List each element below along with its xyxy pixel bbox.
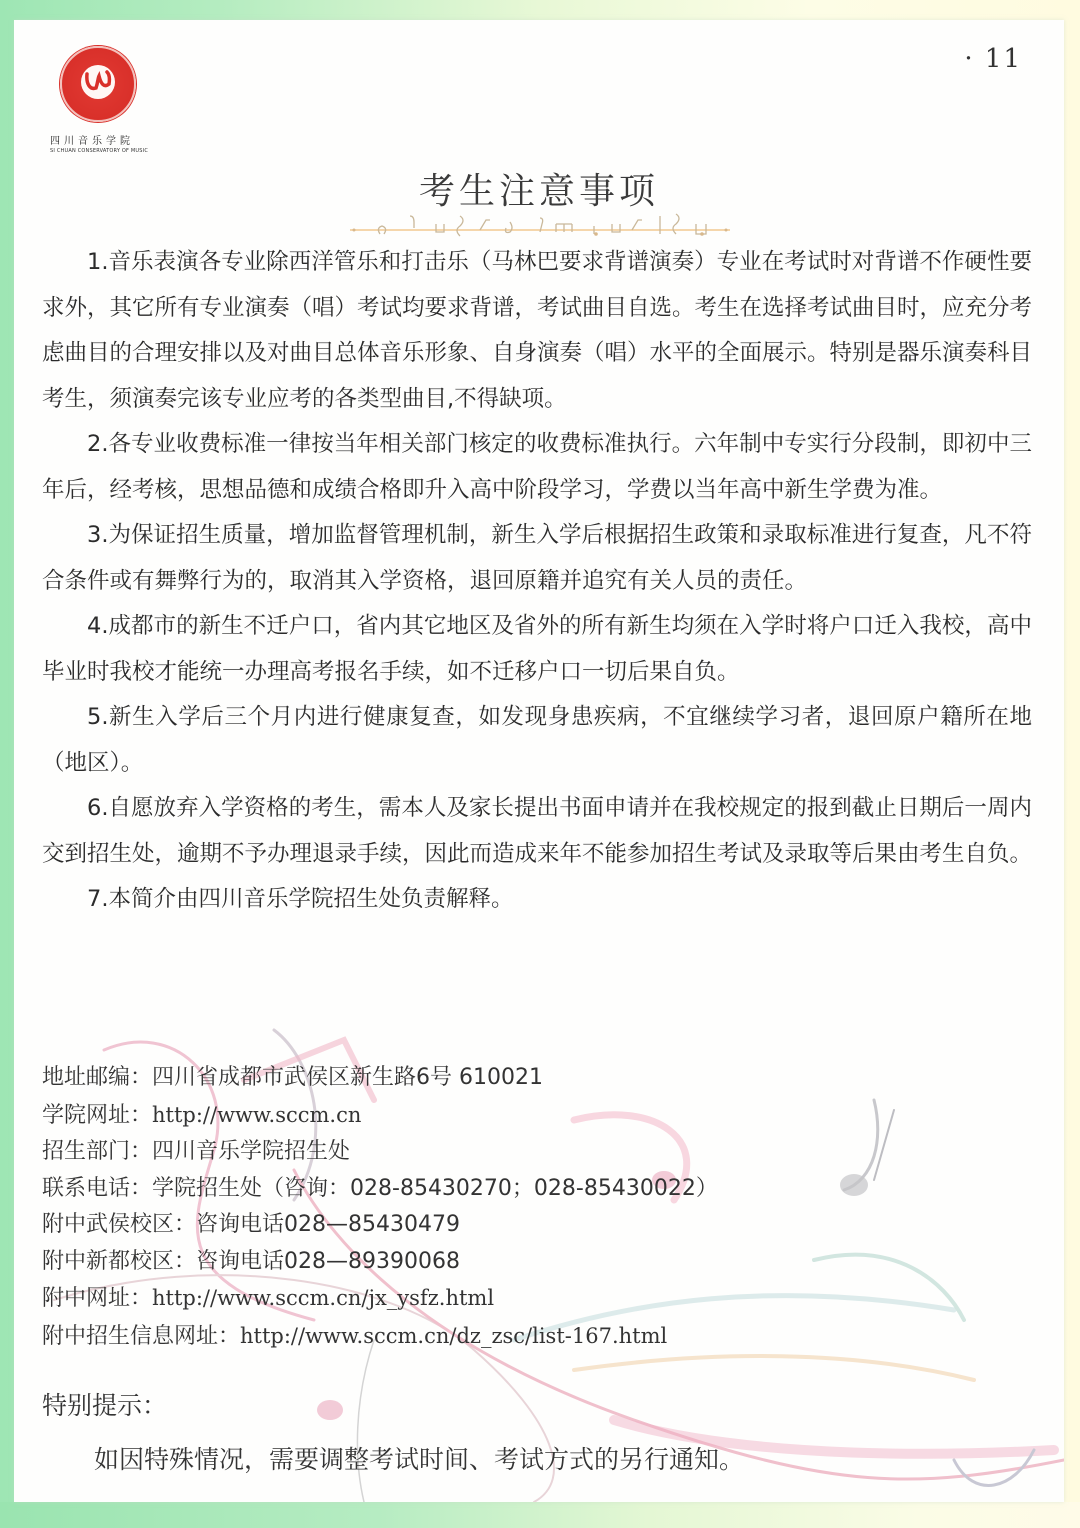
- contact-value: 咨询电话028—85430479: [196, 1212, 460, 1237]
- contact-department: 招生部门：四川音乐学院招生处: [42, 1134, 942, 1171]
- contact-value: 四川省成都市武侯区新生路6号 610021: [152, 1065, 543, 1090]
- contact-xindu-campus: 附中新都校区：咨询电话028—89390068: [42, 1244, 942, 1281]
- page-number: · 11: [964, 44, 1022, 74]
- affiliated-website-link[interactable]: http://www.sccm.cn/jx_ysfz.html: [152, 1286, 494, 1310]
- music-notes-divider-icon: [350, 206, 730, 238]
- contact-info: 地址邮编：四川省成都市武侯区新生路6号 610021 学院网址：http://w…: [42, 1060, 942, 1355]
- website-link[interactable]: http://www.sccm.cn: [152, 1103, 361, 1127]
- contact-website: 学院网址：http://www.sccm.cn: [42, 1097, 942, 1135]
- notice-item-7: 7.本简介由四川音乐学院招生处负责解释。: [42, 877, 1032, 923]
- sichuan-conservatory-logo-icon: [60, 46, 136, 122]
- contact-label: 地址邮编：: [42, 1065, 152, 1090]
- document-page: 四川音乐学院 SI CHUAN CONSERVATORY OF MUSIC · …: [14, 20, 1064, 1502]
- contact-label: 附中新都校区：: [42, 1249, 196, 1274]
- contact-label: 招生部门：: [42, 1139, 152, 1164]
- notice-item-4: 4.成都市的新生不迁户口，省内其它地区及省外的所有新生均须在入学时将户口迁入我校…: [42, 604, 1032, 695]
- special-notice-text: 如因特殊情况，需要调整考试时间、考试方式的另行通知。: [94, 1440, 744, 1476]
- contact-address: 地址邮编：四川省成都市武侯区新生路6号 610021: [42, 1060, 942, 1097]
- contact-value: 咨询电话028—89390068: [196, 1249, 460, 1274]
- notice-item-5: 5.新生入学后三个月内进行健康复查，如发现身患疾病，不宜继续学习者，退回原户籍所…: [42, 695, 1032, 786]
- notice-item-3: 3.为保证招生质量，增加监督管理机制，新生入学后根据招生政策和录取标准进行复查，…: [42, 513, 1032, 604]
- contact-affiliated-website: 附中网址：http://www.sccm.cn/jx_ysfz.html: [42, 1280, 942, 1318]
- contact-value: 学院招生处（咨询：028-85430270；028-85430022）: [152, 1176, 718, 1201]
- logo-name-chinese: 四川音乐学院: [50, 132, 168, 147]
- page-frame-bottom: [0, 1502, 1080, 1528]
- notice-item-1: 1.音乐表演各专业除西洋管乐和打击乐（马林巴要求背谱演奏）专业在考试时对背谱不作…: [42, 240, 1032, 422]
- contact-label: 附中网址：: [42, 1286, 152, 1311]
- contact-label: 附中招生信息网址：: [42, 1324, 240, 1349]
- logo-name-english: SI CHUAN CONSERVATORY OF MUSIC: [50, 148, 168, 154]
- contact-wuhou-campus: 附中武侯校区：咨询电话028—85430479: [42, 1207, 942, 1244]
- contact-value: 四川音乐学院招生处: [152, 1139, 350, 1164]
- contact-admission-info-website: 附中招生信息网址：http://www.sccm.cn/dz_zsc/list-…: [42, 1318, 942, 1356]
- contact-label: 附中武侯校区：: [42, 1212, 196, 1237]
- contact-phone: 联系电话：学院招生处（咨询：028-85430270；028-85430022）: [42, 1171, 942, 1208]
- admission-info-link[interactable]: http://www.sccm.cn/dz_zsc/list-167.html: [240, 1324, 667, 1348]
- special-notice-label: 特别提示：: [42, 1386, 167, 1422]
- notice-item-2: 2.各专业收费标准一律按当年相关部门核定的收费标准执行。六年制中专实行分段制，即…: [42, 422, 1032, 513]
- notice-item-6: 6.自愿放弃入学资格的考生，需本人及家长提出书面申请并在我校规定的报到截止日期后…: [42, 786, 1032, 877]
- notice-list: 1.音乐表演各专业除西洋管乐和打击乐（马林巴要求背谱演奏）专业在考试时对背谱不作…: [42, 240, 1032, 923]
- contact-label: 学院网址：: [42, 1103, 152, 1128]
- school-logo: 四川音乐学院 SI CHUAN CONSERVATORY OF MUSIC: [48, 46, 168, 154]
- contact-label: 联系电话：: [42, 1176, 152, 1201]
